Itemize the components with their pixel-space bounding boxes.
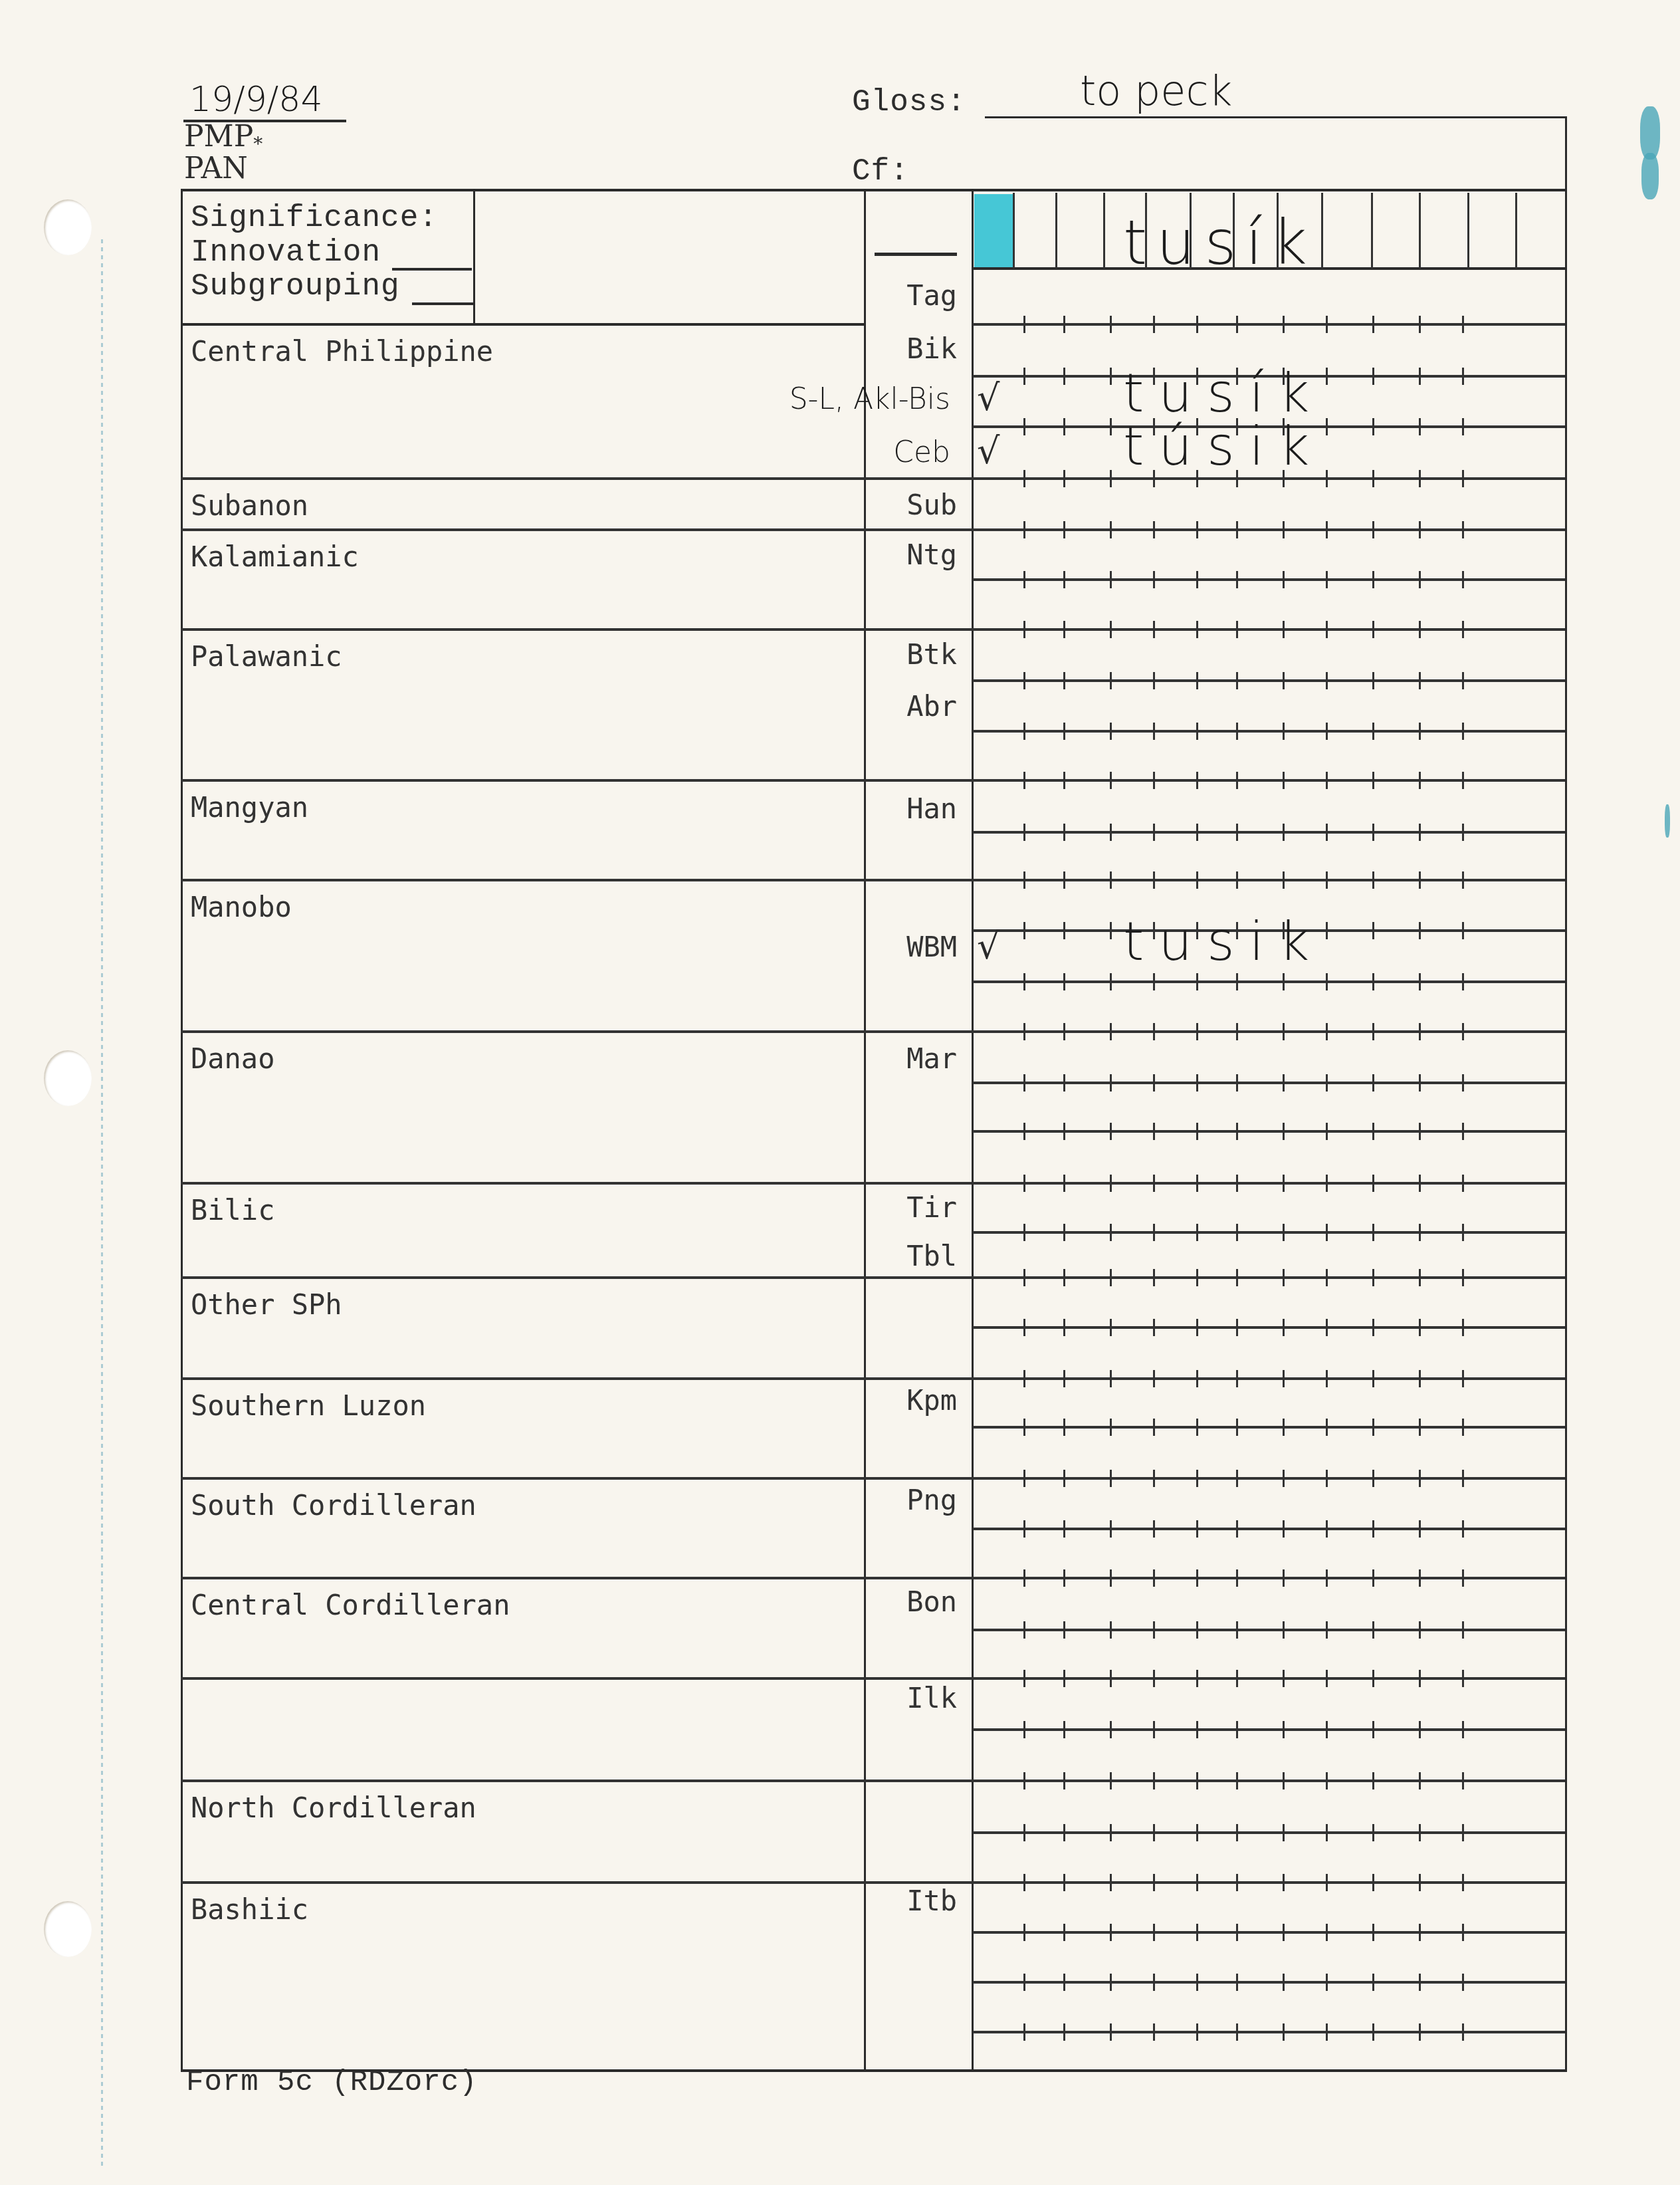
language-code: Mar (824, 1042, 957, 1075)
tick-mark (1023, 521, 1025, 538)
tick-mark (1462, 824, 1464, 841)
tick-mark (1023, 1520, 1025, 1538)
tick-mark (1326, 1023, 1328, 1040)
tick-mark (1326, 470, 1328, 487)
tick-mark (1326, 1874, 1328, 1891)
tick-mark (1372, 1974, 1374, 1991)
row-rule (181, 528, 1565, 531)
tick-mark (1023, 1370, 1025, 1387)
tick-mark (1110, 521, 1112, 538)
tick-mark (1153, 1721, 1155, 1738)
tick-mark (1462, 470, 1464, 487)
tick-mark (1110, 1974, 1112, 1991)
tick-mark (1372, 1224, 1374, 1241)
tick-mark (1063, 316, 1065, 333)
tick-mark (1196, 1319, 1198, 1336)
subgrouping-label: Subgrouping (191, 269, 400, 304)
row-rule (973, 578, 1565, 581)
tick-mark (1153, 1569, 1155, 1587)
tick-mark (1372, 1824, 1374, 1841)
tick-mark (1326, 1569, 1328, 1587)
tick-mark (1372, 772, 1374, 789)
tick-mark (1236, 1470, 1238, 1487)
tick-mark (1063, 1419, 1065, 1436)
tick-mark (1063, 871, 1065, 889)
group-name: North Cordilleran (191, 1791, 476, 1824)
tick-mark (1110, 1269, 1112, 1286)
tick-mark (1110, 922, 1112, 939)
reconstruction-cell-divider (1055, 193, 1057, 269)
language-code: Bon (824, 1585, 957, 1618)
tick-mark (1110, 1123, 1112, 1140)
tick-mark (1153, 470, 1155, 487)
tick-mark (1419, 1419, 1421, 1436)
tick-mark (1023, 2023, 1025, 2041)
level-pmp-label: PMP (184, 120, 253, 154)
language-code: Tag (824, 279, 957, 312)
tick-mark (1372, 418, 1374, 435)
tick-mark (1236, 772, 1238, 789)
row-rule (973, 1528, 1565, 1530)
tick-mark (1372, 1670, 1374, 1687)
tick-mark (1419, 1874, 1421, 1891)
row-rule (973, 1728, 1565, 1731)
tick-mark (1462, 368, 1464, 385)
reconstruction-form[interactable]: tusík (1123, 207, 1316, 279)
tick-mark (1153, 1520, 1155, 1538)
tick-mark (1283, 571, 1285, 588)
tick-mark (1063, 1874, 1065, 1891)
tick-mark (1153, 571, 1155, 588)
innovation-label: Innovation (191, 235, 381, 270)
tick-mark (1023, 772, 1025, 789)
tick-mark (1063, 973, 1065, 990)
subgrouping-blank[interactable] (412, 302, 473, 305)
tick-mark (1063, 723, 1065, 740)
tick-mark (1419, 1319, 1421, 1336)
tick-mark (1023, 922, 1025, 939)
tick-mark (1153, 1670, 1155, 1687)
tick-mark (1419, 1621, 1421, 1639)
tick-mark (1236, 1670, 1238, 1687)
frame-right-top (1565, 116, 1567, 192)
reconstruction-cell-divider (1321, 193, 1323, 269)
tick-mark (1153, 1224, 1155, 1241)
tick-mark (1283, 1269, 1285, 1286)
tick-mark (1419, 1074, 1421, 1092)
tick-mark (1326, 418, 1328, 435)
tick-mark (1236, 1621, 1238, 1639)
tick-mark (1023, 1319, 1025, 1336)
tick-mark (1063, 1470, 1065, 1487)
tick-mark (1236, 621, 1238, 638)
row-rule (181, 628, 1565, 631)
tick-mark (1326, 824, 1328, 841)
row-rule (973, 323, 1565, 326)
row-rule (181, 1780, 1565, 1782)
tick-mark (1283, 621, 1285, 638)
tick-mark (1326, 368, 1328, 385)
gloss-label: Gloss: (852, 85, 966, 120)
language-code: S-L, Akl-Bis (718, 382, 950, 416)
tick-mark (1110, 1824, 1112, 1841)
tick-mark (1196, 1874, 1198, 1891)
tick-mark (1326, 621, 1328, 638)
tick-mark (1110, 772, 1112, 789)
tick-mark (1063, 1074, 1065, 1092)
tick-mark (1196, 1123, 1198, 1140)
tick-mark (1153, 1470, 1155, 1487)
tick-mark (1419, 1023, 1421, 1040)
tick-mark (1023, 1824, 1025, 1841)
tick-mark (1236, 1569, 1238, 1587)
tick-mark (1023, 672, 1025, 689)
tick-mark (1462, 1269, 1464, 1286)
row-rule (973, 1931, 1565, 1934)
tick-mark (1372, 2023, 1374, 2041)
tick-mark (1372, 621, 1374, 638)
tick-mark (1419, 418, 1421, 435)
tick-mark (1236, 1721, 1238, 1738)
tick-mark (1236, 1772, 1238, 1789)
gloss-value[interactable]: to peck (1080, 66, 1232, 115)
tick-mark (1372, 571, 1374, 588)
tick-mark (1196, 316, 1198, 333)
check-mark[interactable]: √ (977, 377, 999, 419)
tick-mark (1063, 1670, 1065, 1687)
tick-mark (1283, 1319, 1285, 1336)
row-rule (181, 1182, 1565, 1185)
tick-mark (1153, 521, 1155, 538)
tick-mark (1462, 973, 1464, 990)
language-code: Sub (824, 489, 957, 521)
tick-mark (1236, 316, 1238, 333)
tick-mark (1372, 368, 1374, 385)
tick-mark (1462, 1772, 1464, 1789)
tick-mark (1196, 723, 1198, 740)
frame-left (181, 189, 183, 2071)
tick-mark (1326, 1319, 1328, 1336)
tick-mark (1236, 1370, 1238, 1387)
tick-mark (1153, 1974, 1155, 1991)
tick-mark (1283, 1074, 1285, 1092)
tick-mark (1326, 1175, 1328, 1192)
tick-mark (1063, 1772, 1065, 1789)
tick-mark (1110, 1224, 1112, 1241)
tick-mark (1023, 1569, 1025, 1587)
tick-mark (1419, 1269, 1421, 1286)
tick-mark (1462, 1824, 1464, 1841)
tick-mark (1326, 2023, 1328, 2041)
tick-mark (1462, 1319, 1464, 1336)
tick-mark (1023, 1419, 1025, 1436)
tick-mark (1326, 316, 1328, 333)
tick-mark (1153, 1123, 1155, 1140)
tick-mark (1283, 672, 1285, 689)
tick-mark (1023, 1621, 1025, 1639)
tick-mark (1153, 1924, 1155, 1941)
significance-box-divider (473, 189, 475, 324)
tick-mark (1283, 521, 1285, 538)
tick-mark (1283, 1974, 1285, 1991)
tick-mark (1110, 1470, 1112, 1487)
tick-mark (1196, 1470, 1198, 1487)
tick-mark (1372, 521, 1374, 538)
tick-mark (1419, 1123, 1421, 1140)
cognate-form[interactable]: túsik (1123, 415, 1324, 477)
tick-mark (1063, 521, 1065, 538)
group-name: Central Philippine (191, 335, 493, 368)
tick-mark (1153, 973, 1155, 990)
tick-mark (1196, 1224, 1198, 1241)
tick-mark (1283, 1670, 1285, 1687)
margin-line (101, 239, 103, 2167)
tick-mark (1063, 571, 1065, 588)
tick-mark (1419, 571, 1421, 588)
tick-mark (1196, 1621, 1198, 1639)
tick-mark (1462, 621, 1464, 638)
group-name: Subanon (191, 489, 308, 522)
tick-mark (1196, 571, 1198, 588)
tick-mark (1063, 1721, 1065, 1738)
tick-mark (1283, 1470, 1285, 1487)
language-code: Btk (824, 638, 957, 671)
tick-mark (1110, 1520, 1112, 1538)
tick-mark (1110, 621, 1112, 638)
language-code: Ilk (824, 1682, 957, 1714)
level-pmp: PMP* (184, 120, 262, 155)
row-rule (973, 1629, 1565, 1631)
tick-mark (1023, 1123, 1025, 1140)
group-name: Bashiic (191, 1893, 308, 1926)
tick-mark (1023, 973, 1025, 990)
tick-mark (1419, 1370, 1421, 1387)
tick-mark (1063, 1123, 1065, 1140)
tick-mark (1063, 772, 1065, 789)
language-code: Han (824, 792, 957, 825)
group-name: Central Cordilleran (191, 1589, 510, 1621)
tick-mark (1063, 1974, 1065, 1991)
tick-mark (1462, 1419, 1464, 1436)
tick-mark (1372, 1924, 1374, 1941)
tick-mark (1372, 723, 1374, 740)
language-code: Kpm (824, 1384, 957, 1417)
tick-mark (1236, 470, 1238, 487)
row-rule (973, 1130, 1565, 1133)
tick-mark (1462, 1974, 1464, 1991)
tick-mark (1462, 316, 1464, 333)
date: 19/9/84 (189, 80, 322, 120)
tick-mark (1283, 1123, 1285, 1140)
tick-mark (1236, 1520, 1238, 1538)
tick-mark (1372, 1621, 1374, 1639)
tick-mark (1283, 316, 1285, 333)
row-rule (181, 1677, 1565, 1680)
tick-mark (1372, 1319, 1374, 1336)
tick-mark (1372, 871, 1374, 889)
tick-mark (1063, 922, 1065, 939)
group-name: South Cordilleran (191, 1489, 476, 1522)
tick-mark (1236, 571, 1238, 588)
tick-mark (1326, 1419, 1328, 1436)
tick-mark (1419, 824, 1421, 841)
tick-mark (1326, 1621, 1328, 1639)
frame-top (181, 189, 1567, 191)
tick-mark (1023, 418, 1025, 435)
row-rule (973, 1426, 1565, 1429)
tick-mark (1419, 772, 1421, 789)
tick-mark (1462, 1175, 1464, 1192)
tick-mark (1196, 824, 1198, 841)
tick-mark (1153, 1370, 1155, 1387)
tick-mark (1419, 1470, 1421, 1487)
group-name: Other SPh (191, 1288, 342, 1321)
tick-mark (1283, 1419, 1285, 1436)
tick-mark (1462, 1023, 1464, 1040)
frame-right (1565, 189, 1567, 2071)
row-rule (973, 1231, 1565, 1234)
tick-mark (1326, 772, 1328, 789)
code-column-left (864, 189, 866, 2071)
ink-stain (1641, 153, 1659, 199)
significance-box-bottom (181, 323, 865, 326)
tick-mark (1063, 1520, 1065, 1538)
tick-mark (1110, 1569, 1112, 1587)
group-name: Mangyan (191, 791, 308, 824)
tick-mark (1283, 1023, 1285, 1040)
tick-mark (1196, 1074, 1198, 1092)
tick-mark (1419, 723, 1421, 740)
tick-mark (1110, 1319, 1112, 1336)
tick-mark (1063, 1269, 1065, 1286)
tick-mark (1462, 772, 1464, 789)
tick-mark (1326, 672, 1328, 689)
row-rule (181, 1577, 1565, 1579)
tick-mark (1283, 1721, 1285, 1738)
tick-mark (1372, 1074, 1374, 1092)
tick-mark (1372, 672, 1374, 689)
tick-mark (1326, 1824, 1328, 1841)
tick-mark (1372, 1175, 1374, 1192)
tick-mark (1372, 1269, 1374, 1286)
row-rule (181, 879, 1565, 881)
tick-mark (1063, 1621, 1065, 1639)
row-rule (973, 730, 1565, 733)
tick-mark (1419, 1670, 1421, 1687)
tick-mark (1236, 1123, 1238, 1140)
significance-title: Significance: (191, 201, 438, 235)
cognate-form[interactable]: tusik (1123, 911, 1324, 973)
tick-mark (1196, 871, 1198, 889)
tick-mark (1419, 2023, 1421, 2041)
check-mark[interactable]: √ (977, 925, 999, 967)
tick-mark (1110, 368, 1112, 385)
tick-mark (1283, 871, 1285, 889)
row-rule (973, 980, 1565, 983)
tick-mark (1236, 1924, 1238, 1941)
tick-mark (1196, 621, 1198, 638)
tick-mark (1462, 1621, 1464, 1639)
tick-mark (1196, 1569, 1198, 1587)
tick-mark (1023, 1023, 1025, 1040)
tick-mark (1236, 973, 1238, 990)
tick-mark (1372, 1569, 1374, 1587)
tick-mark (1153, 2023, 1155, 2041)
tick-mark (1153, 723, 1155, 740)
tick-mark (1196, 2023, 1198, 2041)
tick-mark (1063, 1924, 1065, 1941)
tick-mark (1153, 772, 1155, 789)
tick-mark (1063, 621, 1065, 638)
tick-mark (1283, 1824, 1285, 1841)
tick-mark (1326, 521, 1328, 538)
tick-mark (1023, 824, 1025, 841)
tick-mark (1462, 1074, 1464, 1092)
tick-mark (1283, 1175, 1285, 1192)
tick-mark (1023, 1470, 1025, 1487)
language-code: Tir (824, 1191, 957, 1224)
tick-mark (1110, 1175, 1112, 1192)
tick-mark (1063, 1319, 1065, 1336)
check-mark[interactable]: √ (977, 430, 999, 472)
row-rule (181, 1881, 1565, 1884)
tick-mark (1326, 1123, 1328, 1140)
tick-mark (1419, 922, 1421, 939)
tick-mark (1462, 571, 1464, 588)
tick-mark (1063, 1370, 1065, 1387)
tick-mark (1283, 1621, 1285, 1639)
reconstruction-highlight-cell (974, 194, 1013, 267)
tick-mark (1196, 1924, 1198, 1941)
tick-mark (1462, 672, 1464, 689)
tick-mark (1110, 871, 1112, 889)
tick-mark (1419, 1721, 1421, 1738)
tick-mark (1110, 470, 1112, 487)
row-rule (973, 1082, 1565, 1084)
tick-mark (1462, 1670, 1464, 1687)
tick-mark (1063, 470, 1065, 487)
tick-mark (1462, 723, 1464, 740)
tick-mark (1023, 1924, 1025, 1941)
row-rule (973, 831, 1565, 834)
tick-mark (1110, 418, 1112, 435)
tick-mark (1023, 1670, 1025, 1687)
innovation-blank[interactable] (392, 268, 472, 271)
gloss-underline (985, 116, 1566, 118)
tick-mark (1419, 1924, 1421, 1941)
tick-mark (1196, 973, 1198, 990)
tick-mark (1283, 2023, 1285, 2041)
tick-mark (1153, 824, 1155, 841)
tick-mark (1419, 871, 1421, 889)
tick-mark (1283, 470, 1285, 487)
tick-mark (1236, 1974, 1238, 1991)
tick-mark (1283, 723, 1285, 740)
tick-mark (1110, 1721, 1112, 1738)
tick-mark (1372, 316, 1374, 333)
tick-mark (1236, 1824, 1238, 1841)
asterisk-marker: * (253, 133, 262, 155)
tick-mark (1023, 470, 1025, 487)
tick-mark (1419, 521, 1421, 538)
tick-mark (1196, 672, 1198, 689)
cf-label: Cf: (852, 154, 909, 189)
tick-mark (1153, 1824, 1155, 1841)
tick-mark (1283, 1874, 1285, 1891)
tick-mark (1372, 973, 1374, 990)
tick-mark (1462, 1123, 1464, 1140)
tick-mark (1419, 672, 1421, 689)
